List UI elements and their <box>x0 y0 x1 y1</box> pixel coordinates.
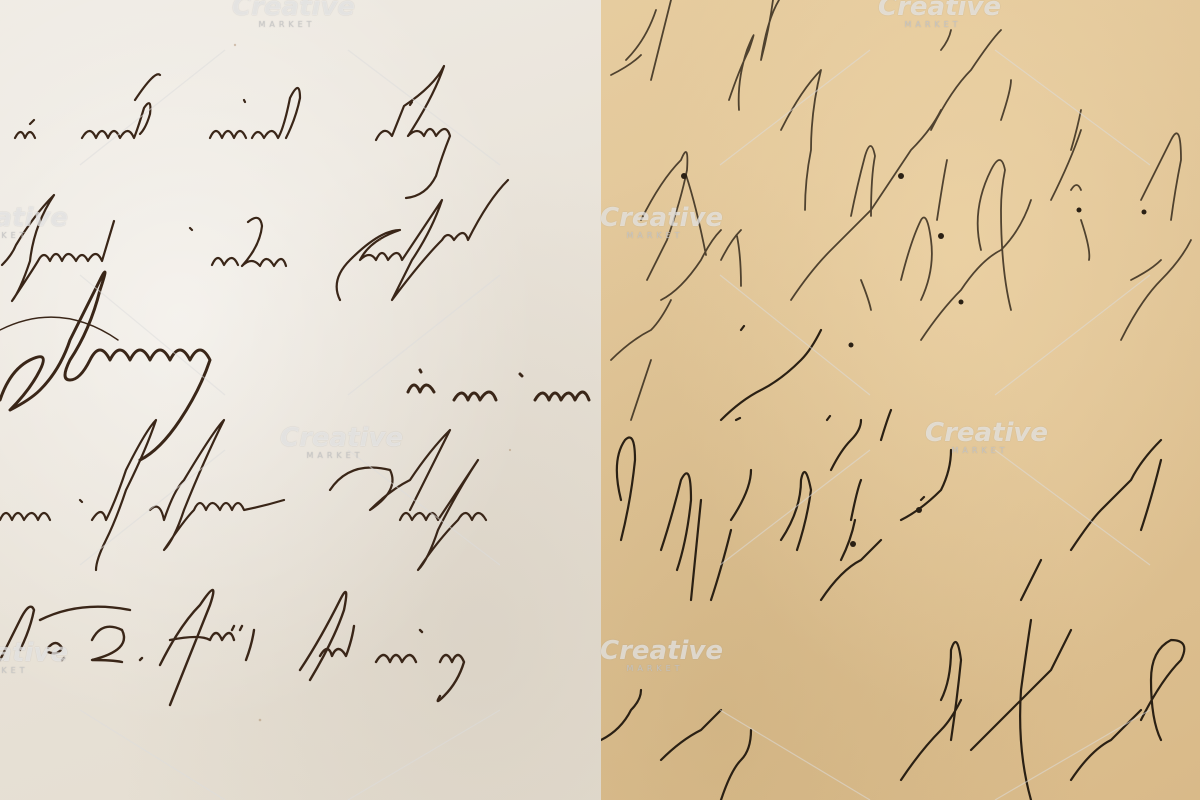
right-handwriting-strokes <box>601 0 1200 800</box>
left-handwriting-strokes <box>0 0 601 800</box>
left-handwriting-panel <box>0 0 601 800</box>
right-handwriting-panel <box>601 0 1200 800</box>
